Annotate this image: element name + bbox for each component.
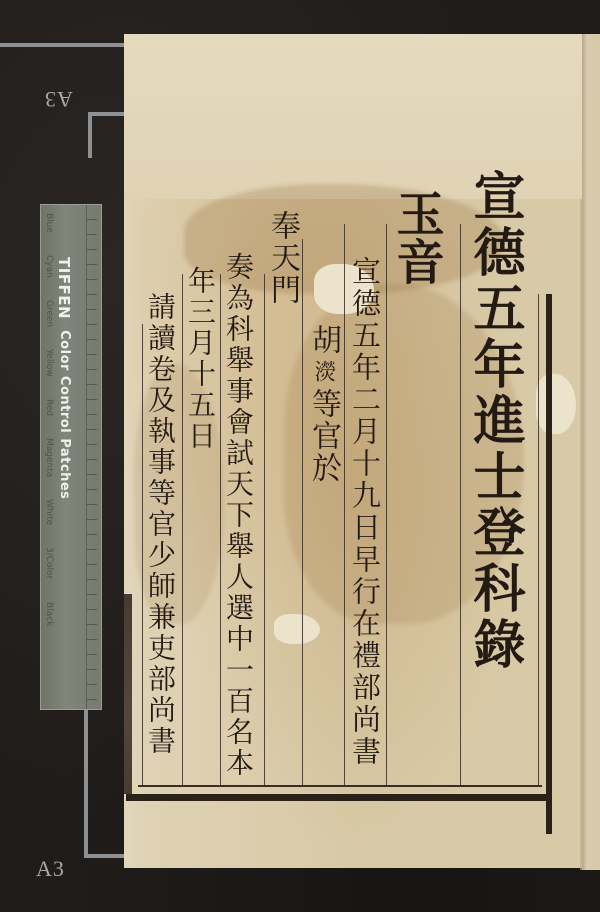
mat-label-a3-bottom: A3 [36, 856, 65, 882]
mat-frame-line-inner-top [88, 112, 126, 116]
text-fragment: 胡 [306, 324, 341, 356]
text-column: 胡濙等官於 [308, 324, 338, 484]
heading-imperial-voice: 玉音 [392, 189, 440, 285]
print-border-inner-bottom [138, 785, 542, 787]
patch-label: Cyan [44, 255, 54, 278]
print-border-right [546, 294, 552, 834]
column-rule [264, 274, 265, 786]
strip-title: Color Control Patches [57, 330, 72, 499]
text-column: 奏為科舉事會試天下舉人選中一百名本 [224, 252, 252, 779]
patch-label: Blue [44, 213, 54, 233]
paper-tear [274, 614, 320, 644]
patch-label: Yellow [44, 349, 54, 377]
column-rule [386, 224, 387, 786]
patch-label: 3/Color [44, 547, 54, 579]
column-rule [344, 224, 345, 786]
column-rule [302, 239, 303, 786]
text-column: 宣德五年二月十九日早行在禮部尚書 [350, 256, 379, 768]
patch-label: Green [44, 300, 54, 327]
column-rule [460, 224, 461, 786]
paper-tear [536, 374, 576, 434]
mat-frame-line-inner-left-lower [84, 710, 88, 858]
patch-label: Magenta [44, 438, 54, 477]
book-page: 宣德五年進士登科錄 玉音 宣德五年二月十九日早行在禮部尚書 胡濙等官於 奉天門 … [124, 34, 582, 868]
column-rule [142, 324, 143, 786]
tiffen-logo: TIFFEN [55, 257, 73, 319]
mat-frame-line-top [0, 43, 126, 47]
print-border-bottom [126, 794, 552, 801]
adjacent-page-edge [580, 34, 600, 870]
print-border-left [124, 594, 132, 794]
patch-label: Red [44, 399, 54, 416]
mat-frame-line-bottom [84, 854, 126, 858]
mat-frame-line-inner-left [88, 112, 92, 158]
patch-label: Black [44, 602, 54, 626]
text-column-raised: 奉天門 [267, 210, 297, 306]
column-rule [538, 294, 539, 786]
patch-label: White [44, 499, 54, 525]
color-control-strip: Blue Cyan Green Yellow Red Magenta White… [40, 204, 102, 710]
text-column: 年三月十五日 [186, 266, 214, 452]
mat-label-a3-top: A3 [44, 86, 73, 112]
column-rule [220, 274, 221, 786]
text-fragment: 等官於 [306, 388, 341, 484]
ruler-scale [86, 205, 97, 709]
tiffen-brand-text: TIFFEN Color Control Patches [55, 257, 73, 499]
text-fragment-small: 濙 [311, 360, 336, 384]
text-column: 請讀卷及執事等官少師兼吏部尚書 [146, 292, 174, 757]
column-rule [182, 274, 183, 786]
color-patch-labels: Blue Cyan Green Yellow Red Magenta White… [44, 213, 54, 626]
book-title: 宣德五年進士登科錄 [468, 169, 520, 673]
